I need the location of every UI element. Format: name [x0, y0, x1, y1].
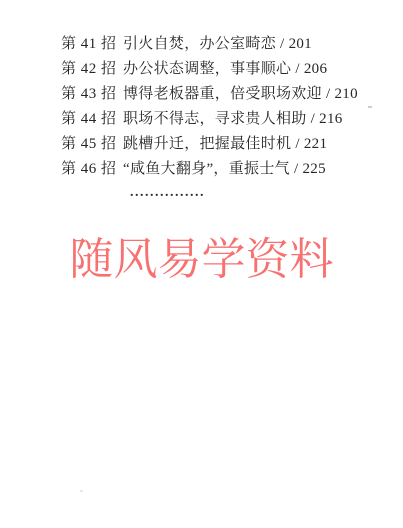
toc-entry-number: 第 44 招 — [61, 111, 123, 128]
scan-artifact-speck — [80, 490, 83, 492]
toc-continuation-ellipsis: ............... — [61, 186, 358, 211]
toc-entry-number: 第 41 招 — [61, 36, 123, 53]
toc-entry-title: 博得老板器重，倍受职场欢迎 / 210 — [123, 86, 358, 103]
toc-entry-number: 第 43 招 — [61, 86, 123, 103]
toc-entry-title: “咸鱼大翻身”，重振士气 / 225 — [123, 161, 326, 178]
toc-entry: 第 46 招 “咸鱼大翻身”，重振士气 / 225 — [61, 161, 358, 186]
toc-entry-title: 引火自焚，办公室畸恋 / 201 — [123, 36, 312, 53]
toc-entry: 第 41 招 引火自焚，办公室畸恋 / 201 — [61, 36, 358, 61]
scan-artifact-speck — [368, 106, 372, 108]
toc-entry-title: 职场不得志，寻求贵人相助 / 216 — [123, 111, 343, 128]
toc-entry: 第 44 招 职场不得志，寻求贵人相助 / 216 — [61, 111, 358, 136]
watermark-text: 随风易学资料 — [0, 234, 403, 286]
toc-entry-number: 第 45 招 — [61, 136, 123, 153]
toc-entry-number: 第 46 招 — [61, 161, 123, 178]
toc-entry: 第 42 招 办公状态调整，事事顺心 / 206 — [61, 61, 358, 86]
toc-entry-number: 第 42 招 — [61, 61, 123, 78]
toc-entry: 第 45 招 跳槽升迁，把握最佳时机 / 221 — [61, 136, 358, 161]
toc-entry: 第 43 招 博得老板器重，倍受职场欢迎 / 210 — [61, 86, 358, 111]
toc-entry-title: 办公状态调整，事事顺心 / 206 — [123, 61, 327, 78]
table-of-contents: 第 41 招 引火自焚，办公室畸恋 / 201 第 42 招 办公状态调整，事事… — [61, 36, 358, 211]
scanned-book-page: 第 41 招 引火自焚，办公室畸恋 / 201 第 42 招 办公状态调整，事事… — [0, 0, 403, 528]
toc-entry-title: 跳槽升迁，把握最佳时机 / 221 — [123, 136, 327, 153]
